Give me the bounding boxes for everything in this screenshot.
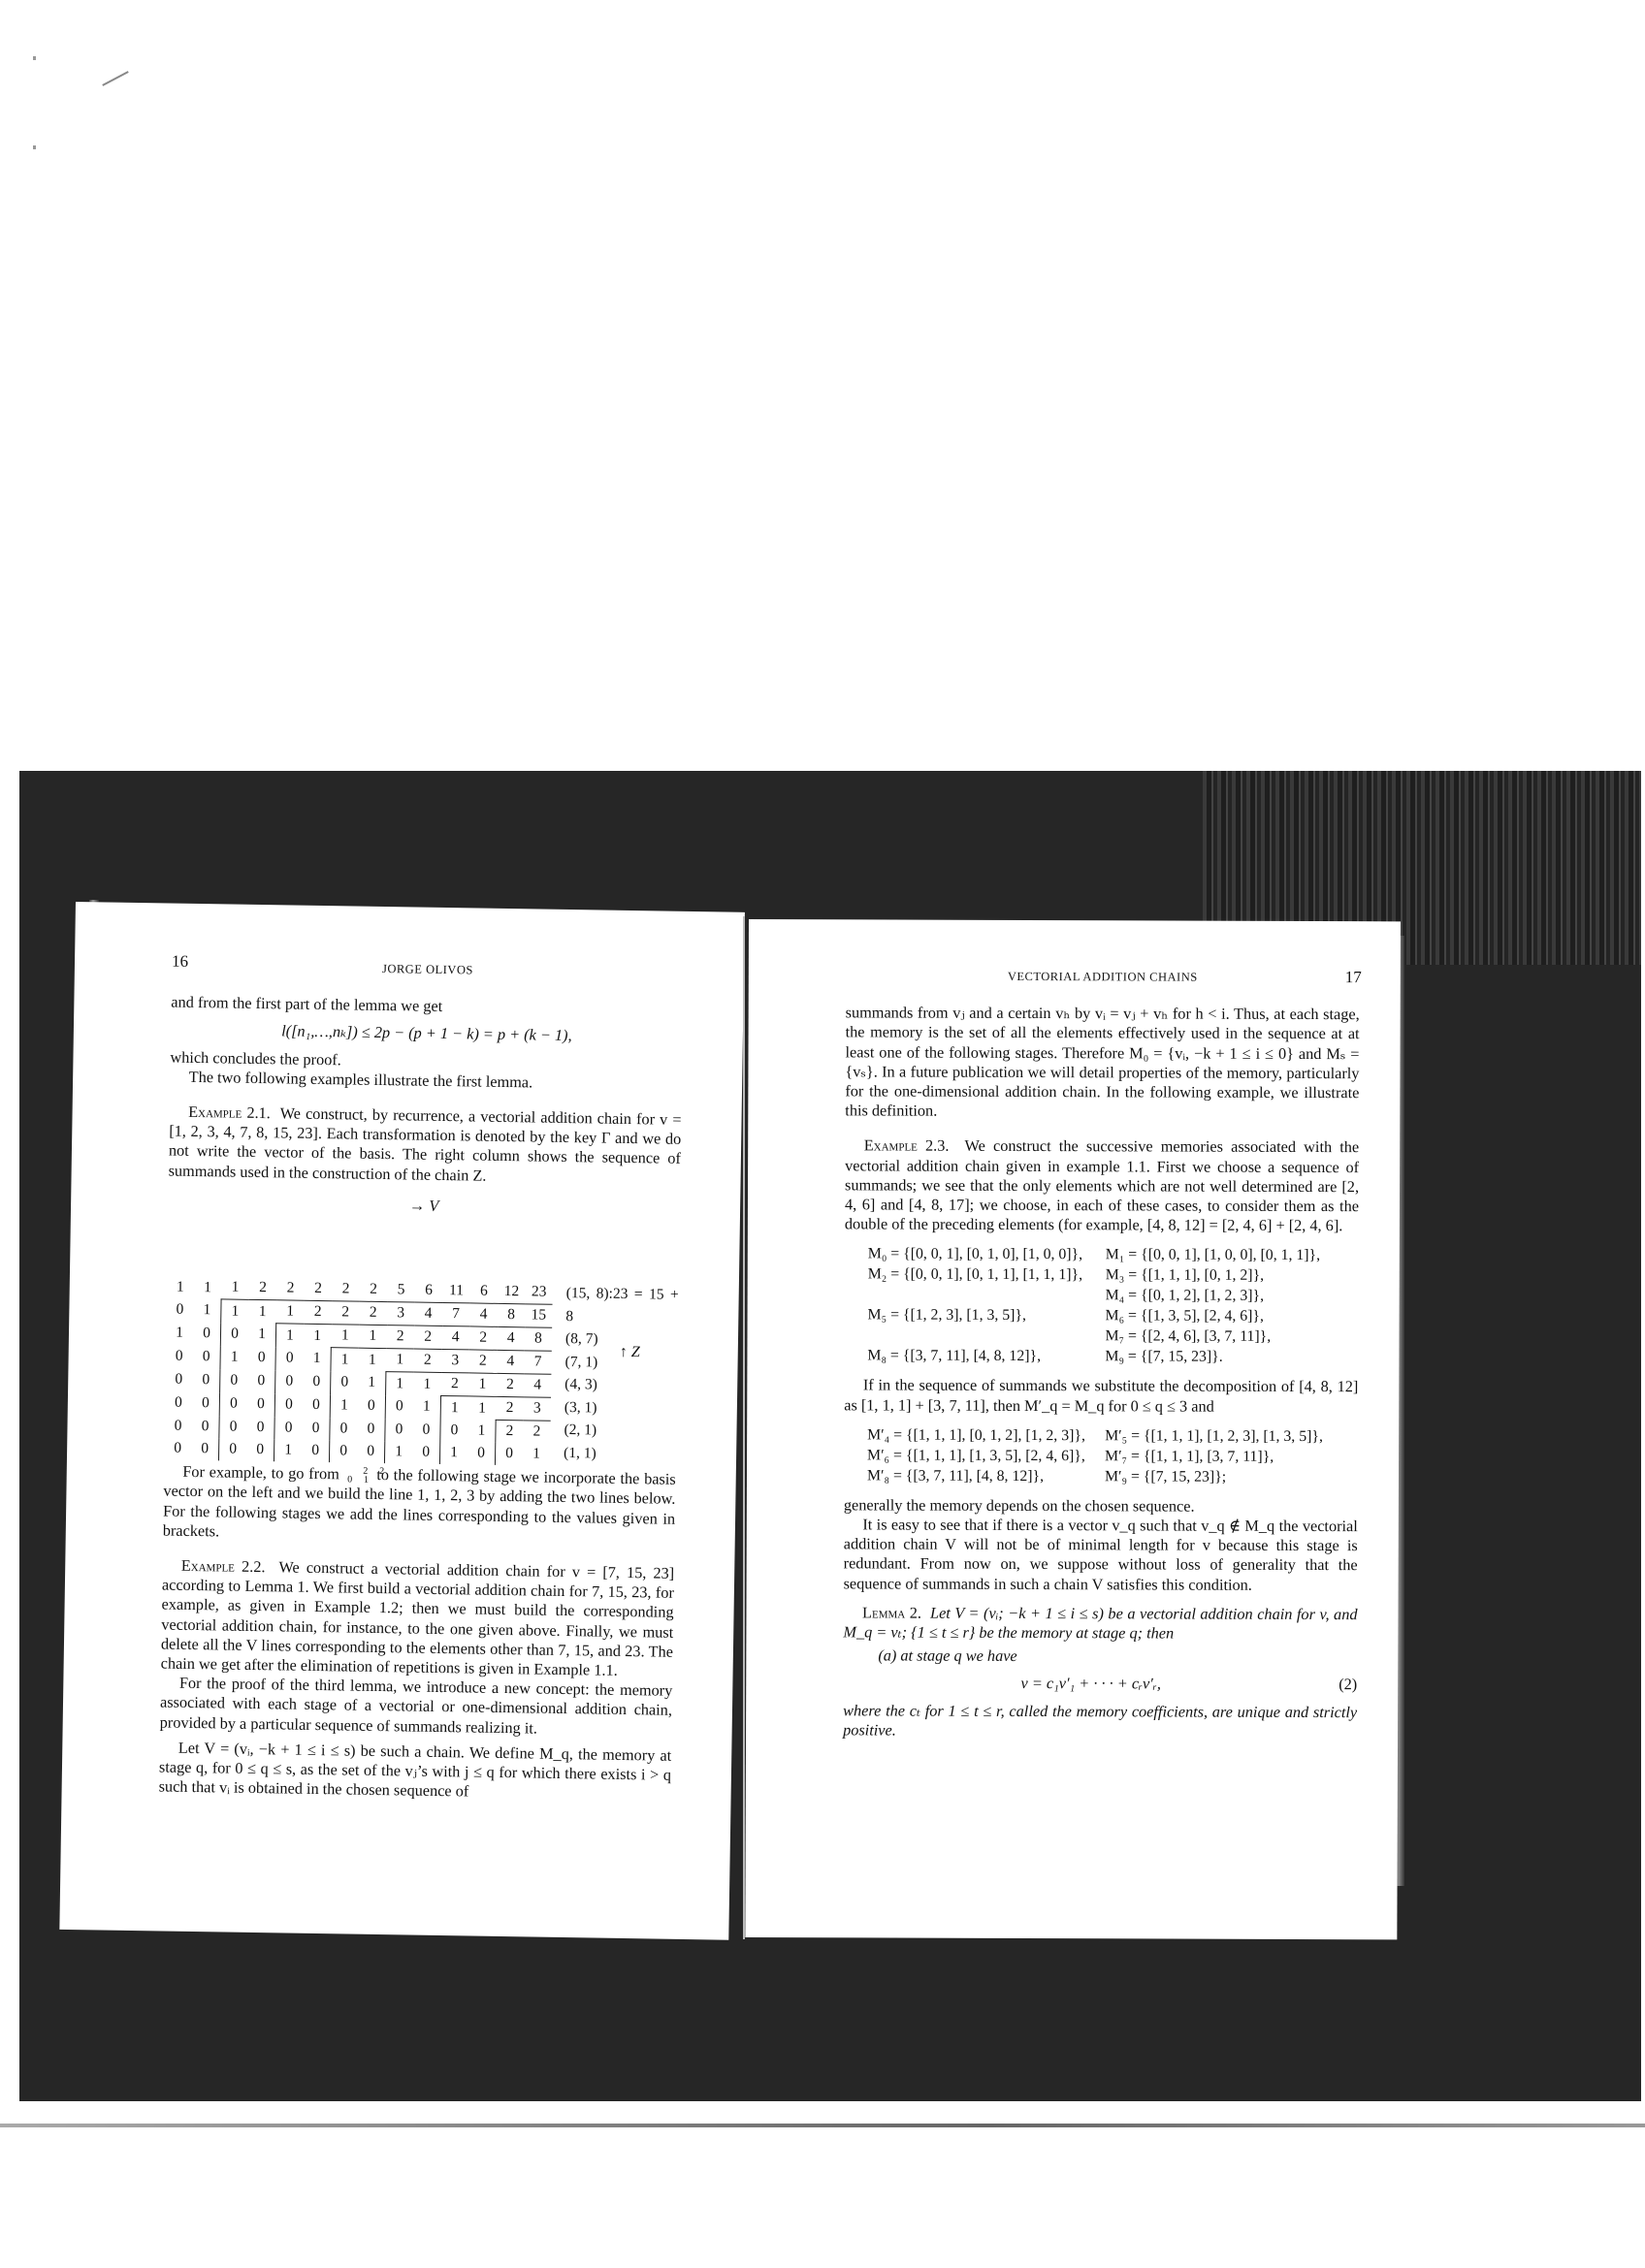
table-cell: 0 [275, 1370, 304, 1393]
memory-row: M₅ = {[1, 2, 3], [1, 3, 5]},M₆ = {[1, 3,… [868, 1305, 1359, 1327]
table-cell: 12 [498, 1281, 526, 1304]
table-cell: 2 [414, 1326, 442, 1349]
table-cell: 0 [274, 1393, 303, 1417]
summands-column: (15, 8):23 = 15 + 8(8, 7)(7, 1)(4, 3)(3,… [564, 1282, 679, 1466]
table-cell: 0 [166, 1298, 193, 1322]
table-cell: 1 [468, 1396, 497, 1420]
table-cell: 0 [247, 1346, 275, 1369]
example-2-3: Example 2.3. We construct the successive… [845, 1136, 1359, 1236]
memory-set: M′₅ = {[1, 1, 1], [1, 2, 3], [1, 3, 5]}, [1105, 1425, 1323, 1447]
example-text: We construct a vectorial addition chain … [161, 1557, 675, 1679]
table-cell: 1 [248, 1299, 276, 1323]
table-cell: 0 [357, 1441, 385, 1463]
equation: l([n₁,…,nₖ]) ≤ 2p − (p + 1 − k) = p + (k… [171, 1020, 683, 1047]
paragraph: Let V = (vᵢ, −k + 1 ≤ i ≤ s) be such a c… [159, 1738, 672, 1805]
table-cell: 1 [248, 1323, 276, 1346]
table-cell: 2 [386, 1326, 414, 1349]
table-cell: 8 [525, 1327, 552, 1351]
table-cell: 0 [192, 1345, 220, 1368]
table-label: → V [168, 1192, 680, 1219]
equation-2: v = c₁v′₁ + · · · + cᵣv′ᵣ, (2) [843, 1674, 1357, 1695]
table-cell: 0 [385, 1419, 413, 1442]
table-cell: 1 [358, 1348, 386, 1371]
table-cell: 15 [525, 1304, 552, 1327]
memory-set: M₉ = {[7, 15, 23]}. [1105, 1347, 1222, 1367]
running-head: VECTORIAL ADDITION CHAINS [846, 966, 1360, 987]
table-cell: 3 [441, 1350, 469, 1373]
table-cell: 0 [246, 1439, 274, 1461]
scan-artifact [33, 145, 36, 149]
table-cell: 0 [357, 1418, 385, 1441]
table-cell: 0 [218, 1438, 246, 1460]
equation: v = c₁v′₁ + · · · + cᵣv′ᵣ, [843, 1674, 1339, 1695]
scan-artifact [33, 56, 36, 60]
table-cell: 0 [385, 1395, 413, 1419]
table-cell: 1 [468, 1373, 497, 1396]
table-cell: 1 [384, 1441, 412, 1463]
memory-set: M₂ = {[0, 0, 1], [0, 1, 1], [1, 1, 1]}, [868, 1264, 1106, 1286]
scan-edge [0, 2124, 1645, 2127]
memory-set [868, 1285, 1106, 1306]
example-label: Example 2.3. [864, 1136, 950, 1155]
table-cell: 0 [247, 1392, 275, 1416]
table-cell: 2 [359, 1301, 387, 1325]
table-cell: 1 [193, 1298, 221, 1322]
table-cell: 0 [220, 1323, 248, 1346]
table-cell: 0 [219, 1416, 247, 1439]
summand-pair: (2, 1) [564, 1419, 676, 1443]
table-cell: 1 [386, 1349, 414, 1372]
table-cell: 2 [304, 1300, 332, 1324]
table-cell: 0 [165, 1391, 192, 1415]
lemma-2: Lemma 2. Let V = (vᵢ; −k + 1 ≤ i ≤ s) be… [843, 1603, 1357, 1644]
table-cell: 3 [524, 1397, 551, 1421]
example-2-1: Example 2.1. We construct, by recurrence… [168, 1102, 681, 1189]
table-cell: 0 [468, 1442, 496, 1464]
table-cell: 2 [441, 1373, 469, 1396]
summand-pair: (3, 1) [564, 1396, 677, 1421]
table-cell: 0 [275, 1347, 304, 1370]
memory-set: M′₇ = {[1, 1, 1], [3, 7, 11]}, [1105, 1446, 1274, 1467]
table-cell: 4 [414, 1302, 442, 1326]
table-cell: 1 [221, 1299, 249, 1323]
table-cell: 1 [167, 1276, 194, 1299]
book-binding [743, 916, 745, 1939]
table-cell: 0 [303, 1370, 331, 1393]
table-cell: 0 [302, 1417, 330, 1440]
table-cell: 1 [166, 1322, 193, 1345]
chain-table: 1112222256116122301111222347481510011111… [164, 1276, 553, 1466]
text: For example, to go from [182, 1462, 339, 1484]
table-cell: 6 [415, 1280, 443, 1303]
right-page: 17 VECTORIAL ADDITION CHAINS summands fr… [745, 919, 1401, 1939]
table-cell: 2 [305, 1278, 333, 1301]
memory-row: M₈ = {[3, 7, 11], [4, 8, 12]},M₉ = {[7, … [867, 1346, 1358, 1368]
table-cell: 0 [219, 1392, 247, 1416]
chain-table-figure: 1112222256116122301111222347481510011111… [164, 1230, 680, 1462]
table-cell: 0 [302, 1440, 330, 1462]
table-cell: 2 [469, 1326, 498, 1350]
table-cell: 5 [387, 1279, 415, 1302]
example-2-2: Example 2.2. We construct a vectorial ad… [161, 1555, 675, 1680]
table-cell: 1 [304, 1324, 332, 1347]
running-head: JORGE OLIVOS [172, 956, 684, 983]
table-row: 00001000101001 [164, 1438, 550, 1466]
paragraph: It is easy to see that if there is a vec… [844, 1515, 1358, 1595]
table-cell: 0 [329, 1440, 357, 1462]
table-cell: 2 [332, 1301, 360, 1325]
table-cell: 1 [275, 1324, 304, 1347]
table-cell: 0 [191, 1415, 219, 1438]
table-cell: 2 [276, 1277, 305, 1300]
table-cell: 0 [331, 1371, 359, 1394]
table-cell: 0 [164, 1415, 191, 1438]
memory-set: M₁ = {[0, 0, 1], [1, 0, 0], [0, 1, 1]}, [1106, 1245, 1320, 1266]
table-cell: 1 [359, 1325, 387, 1348]
table-cell: 0 [164, 1438, 191, 1460]
table-cell: 1 [221, 1276, 249, 1299]
table-cell: 6 [470, 1280, 499, 1303]
table-cell: 0 [412, 1442, 440, 1464]
lemma-label: Lemma 2. [862, 1603, 921, 1621]
table-cell: 4 [524, 1374, 551, 1397]
table-cell: 2 [249, 1277, 277, 1300]
memory-list: M₀ = {[0, 0, 1], [0, 1, 0], [1, 0, 0]},M… [867, 1244, 1358, 1368]
memory-prime-list: M′₄ = {[1, 1, 1], [0, 1, 2], [1, 2, 3]},… [867, 1424, 1358, 1487]
table-cell: 2 [332, 1278, 360, 1301]
table-cell: 1 [440, 1396, 468, 1420]
summand-pair: (4, 3) [564, 1373, 677, 1397]
table-cell: 0 [220, 1369, 248, 1392]
table-cell: 2 [360, 1279, 388, 1302]
memory-set: M′₈ = {[3, 7, 11], [4, 8, 12]}, [867, 1465, 1105, 1486]
left-page: 16 JORGE OLIVOS and from the first part … [59, 902, 745, 1940]
table-cell: 2 [468, 1350, 497, 1373]
table-cell: 1 [276, 1300, 305, 1324]
table-cell: 0 [358, 1394, 386, 1418]
lemma-item-a: (a) at stage q we have [843, 1646, 1357, 1668]
table-cell: 1 [220, 1346, 248, 1369]
memory-set: M₅ = {[1, 2, 3], [1, 3, 5]}, [868, 1305, 1106, 1326]
table-cell: 0 [495, 1443, 523, 1465]
table-cell: 0 [246, 1416, 274, 1439]
memory-set: M₄ = {[0, 1, 2], [1, 2, 3]}, [1106, 1286, 1264, 1307]
fraction: 2 0 [344, 1467, 356, 1485]
table-cell: 4 [469, 1303, 498, 1326]
table-cell: 2 [413, 1349, 441, 1372]
table-cell: 0 [165, 1345, 192, 1368]
paragraph: For the proof of the third lemma, we int… [160, 1674, 673, 1741]
memory-set: M′₉ = {[7, 15, 23]}; [1105, 1466, 1226, 1486]
table-cell: 1 [413, 1395, 441, 1419]
table-cell: 11 [442, 1280, 470, 1303]
table-cell: 0 [247, 1369, 275, 1392]
table-cell: 1 [439, 1442, 468, 1464]
scan-artifact [102, 71, 128, 86]
paragraph: generally the memory depends on the chos… [844, 1495, 1358, 1517]
table-cell: 23 [526, 1281, 553, 1304]
table-cell: 2 [497, 1373, 525, 1396]
table-cell: 1 [303, 1347, 331, 1370]
table-cell: 4 [441, 1326, 469, 1350]
fraction: 2 1 [360, 1467, 371, 1485]
paragraph: For example, to go from 2 0 2 1 to the f… [163, 1462, 676, 1549]
table-cell: 4 [497, 1350, 525, 1373]
memory-row: M′₈ = {[3, 7, 11], [4, 8, 12]},M′₉ = {[7… [867, 1465, 1358, 1487]
memory-set: M₆ = {[1, 3, 5], [2, 4, 6]}, [1106, 1306, 1264, 1327]
table-cell: 0 [440, 1420, 468, 1443]
memory-set: M₈ = {[3, 7, 11], [4, 8, 12]}, [867, 1346, 1105, 1367]
table-cell: 1 [358, 1371, 386, 1394]
table-cell: 1 [331, 1325, 359, 1348]
table-cell: 2 [496, 1420, 524, 1443]
table-cell: 1 [386, 1372, 414, 1395]
table-cell: 4 [497, 1326, 525, 1350]
table-cell: 2 [496, 1396, 524, 1420]
table-cell: 0 [330, 1418, 358, 1441]
table-cell: 3 [387, 1302, 415, 1326]
table-cell: 1 [468, 1420, 496, 1443]
summand-pair: (15, 8):23 = 15 + 8 [565, 1282, 679, 1329]
table-cell: 0 [192, 1368, 220, 1391]
z-label: Z [631, 1344, 640, 1360]
memory-set: M₃ = {[1, 1, 1], [0, 1, 2]}, [1106, 1265, 1264, 1287]
memory-row: M′₆ = {[1, 1, 1], [1, 3, 5], [2, 4, 6]},… [867, 1445, 1358, 1467]
memory-row: M′₄ = {[1, 1, 1], [0, 1, 2], [1, 2, 3]},… [867, 1424, 1358, 1447]
table-cell: 0 [274, 1417, 303, 1440]
table-cell: 8 [498, 1303, 526, 1326]
table-cell: 1 [274, 1439, 302, 1461]
example-label: Example 2.2. [181, 1556, 266, 1576]
example-label: Example 2.1. [188, 1102, 271, 1122]
table-cell: 1 [523, 1443, 550, 1465]
memory-set: M₀ = {[0, 0, 1], [0, 1, 0], [1, 0, 0]}, [868, 1244, 1106, 1265]
lemma-text: Let V = (vᵢ; −k + 1 ≤ i ≤ s) be a vector… [843, 1604, 1357, 1643]
paragraph: where the cₜ for 1 ≤ t ≤ r, called the m… [843, 1701, 1357, 1741]
memory-row: M₇ = {[2, 4, 6], [3, 7, 11]}, [867, 1326, 1358, 1348]
memory-set: M′₄ = {[1, 1, 1], [0, 1, 2], [1, 2, 3]}, [867, 1424, 1105, 1446]
memory-set: M′₆ = {[1, 1, 1], [1, 3, 5], [2, 4, 6]}, [867, 1445, 1105, 1466]
table-cell: 0 [165, 1368, 192, 1391]
paragraph: and from the first part of the lemma we … [171, 993, 683, 1020]
table-cell: 0 [303, 1393, 331, 1417]
memory-row: M₂ = {[0, 0, 1], [0, 1, 1], [1, 1, 1]},M… [868, 1264, 1359, 1287]
table-cell: 0 [191, 1438, 219, 1460]
table-cell: 1 [330, 1394, 358, 1418]
paragraph: summands from vⱼ and a certain vₕ by vᵢ … [845, 1004, 1359, 1123]
table-cell: 1 [331, 1348, 359, 1371]
memory-set: M₇ = {[2, 4, 6], [3, 7, 11]}, [1105, 1326, 1271, 1348]
table-cell: 1 [413, 1372, 441, 1395]
equation-number: (2) [1339, 1676, 1357, 1695]
table-cell: 0 [193, 1322, 221, 1345]
table-cell: 7 [524, 1351, 551, 1374]
memory-row: M₄ = {[0, 1, 2], [1, 2, 3]}, [868, 1285, 1359, 1307]
paragraph: If in the sequence of summands we substi… [844, 1376, 1358, 1417]
summand-pair: (1, 1) [564, 1442, 676, 1466]
z-arrow: ↑ Z [620, 1343, 640, 1363]
memory-set [867, 1326, 1105, 1347]
table-cell: 0 [412, 1419, 440, 1442]
table-cell: 7 [442, 1303, 470, 1326]
memory-row: M₀ = {[0, 0, 1], [0, 1, 0], [1, 0, 0]},M… [868, 1244, 1359, 1266]
table-cell: 2 [523, 1421, 550, 1444]
table-cell: 1 [194, 1276, 222, 1299]
table-cell: 0 [192, 1391, 220, 1415]
